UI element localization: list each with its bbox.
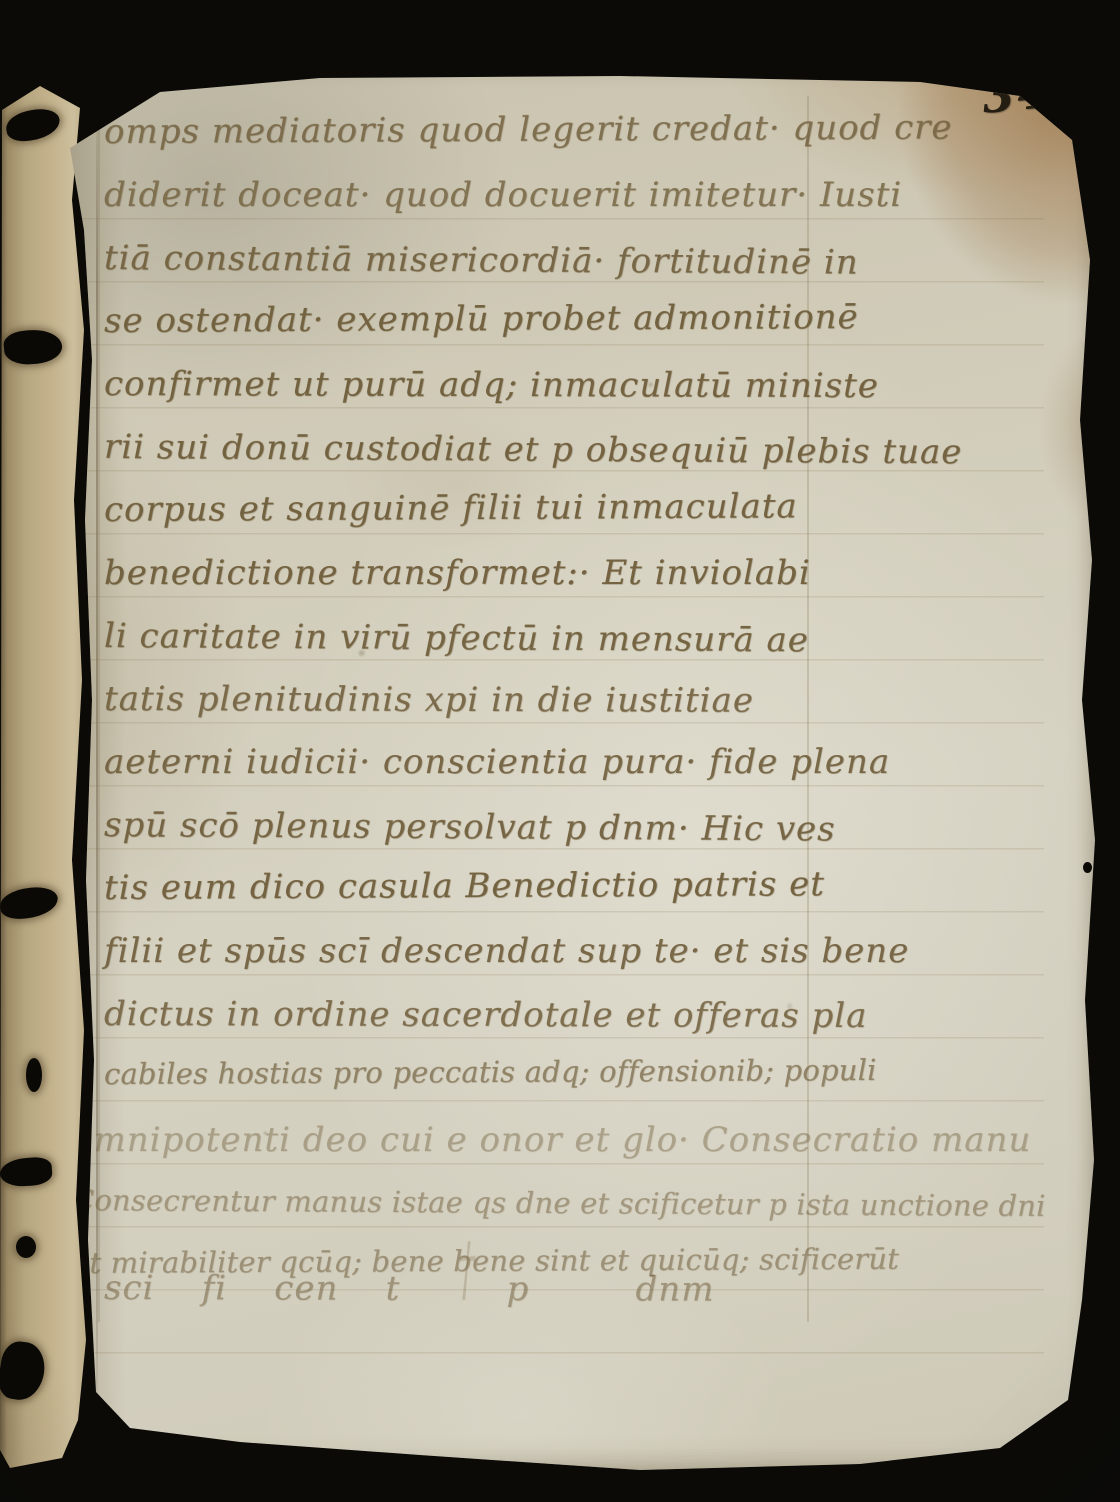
text-line: tatis plenitudinis xpi in die iustitiae (104, 679, 754, 721)
text-line: se ostendat· exemplū probet admonitionē (104, 297, 859, 341)
text-line: cabiles hostias pro peccatis adq; offens… (104, 1053, 877, 1091)
text-line: tis eum dico casula Benedictio patris et (104, 864, 825, 908)
text-line: rii sui donū custodiat et p obsequiū ple… (104, 427, 963, 472)
text-line: Consecrentur manus istae qs dne et scifi… (72, 1183, 1046, 1223)
sewing-hole (26, 1058, 42, 1092)
underlying-folio-edge (0, 80, 92, 1472)
sewing-hole (16, 1236, 36, 1258)
text-line: diderit doceat· quod docuerit imitetur· … (104, 175, 902, 215)
text-line: sci fi cen t p dnm (104, 1268, 715, 1310)
text-line: corpus et sanguinē filii tui inmaculata (104, 486, 798, 530)
text-line: dictus in ordine sacerdotale et offeras … (104, 994, 868, 1036)
photograph-backdrop: omps mediatoris quod legerit credat· quo… (0, 0, 1120, 1502)
wormhole (1083, 862, 1092, 873)
text-line: filii et spūs scī descendat sup te· et s… (104, 931, 909, 971)
text-line: omnipotenti deo cui e onor et glo· Conse… (72, 1120, 1031, 1160)
cross-mark: † (458, 1228, 475, 1312)
manuscript-page: omps mediatoris quod legerit credat· quo… (30, 60, 1100, 1472)
text-line: confirmet ut purū adq; inmaculatū minist… (104, 364, 879, 406)
folio-number: 34. (980, 62, 1073, 124)
text-line: tiā constantiā misericordiā· fortitudinē… (104, 238, 859, 283)
text-line: omps mediatoris quod legerit credat· quo… (104, 108, 953, 152)
text-line: aeterni iudicii· conscientia pura· fide … (104, 742, 890, 782)
text-line: benedictione transformet:· Et inviolabi (104, 553, 811, 593)
text-line: spū scō plenus persolvat p dnm· Hic ves (104, 805, 836, 849)
text-line: li caritate in virū pfectū in mensurā ae (104, 616, 809, 660)
text-block: omps mediatoris quod legerit credat· quo… (30, 60, 1100, 1472)
